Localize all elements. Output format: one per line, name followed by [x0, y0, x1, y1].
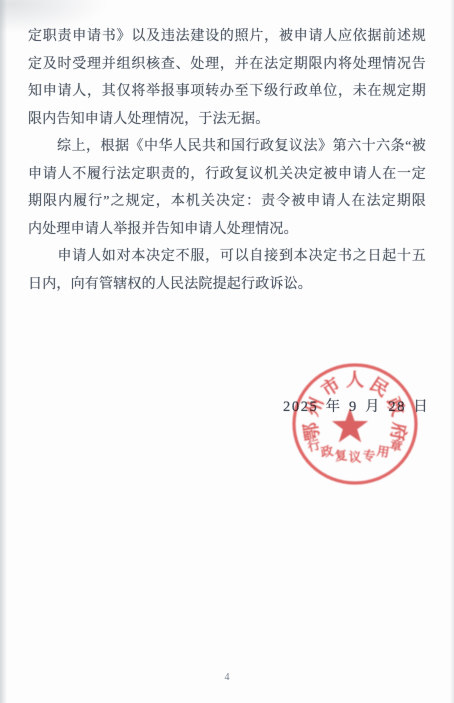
text-line: 综上，根据《中华人民共和国行政复议法》第六十六条“被: [28, 133, 426, 161]
svg-text:用: 用: [376, 444, 391, 460]
scan-edge-right: [450, 0, 454, 703]
page-number: 4: [0, 672, 454, 683]
text-line: 限内告知申请人处理情况，于法无据。: [28, 106, 426, 134]
svg-text:专: 专: [362, 447, 376, 463]
document-body: 定职责申请书》以及违法建设的照片，被申请人应依据前述规 定及时受理并组织核查、处…: [28, 23, 426, 298]
svg-text:人: 人: [346, 370, 364, 390]
seal-type-text: 行 政 复 议 专 用 章: [306, 437, 404, 465]
scan-edge-left: [0, 0, 7, 703]
official-seal: 鄂 州 市 人 民 政 府 行 政 复 议 专 用 章: [280, 352, 430, 492]
text-line: 知申请人，其仅将举报事项转办至下级行政单位，未在规定期: [28, 78, 426, 106]
text-line: 内处理申请人举报并告知申请人处理情况。: [28, 216, 426, 244]
svg-text:章: 章: [388, 437, 404, 455]
svg-text:政: 政: [383, 394, 409, 419]
svg-text:议: 议: [349, 450, 362, 465]
svg-text:州: 州: [302, 394, 327, 418]
text-line: 日内，向有管辖权的人民法院提起行政诉讼。: [28, 271, 426, 299]
svg-text:民: 民: [366, 374, 392, 401]
star-icon: [332, 408, 368, 442]
svg-text:复: 复: [334, 447, 348, 463]
text-line: 期限内履行”之规定，本机关决定：责令被申请人在法定期限: [28, 188, 426, 216]
svg-text:政: 政: [319, 443, 335, 460]
text-line: 申请人如对本决定不服，可以自接到本决定书之日起十五: [28, 243, 426, 271]
text-line: 申请人不履行法定职责的，行政复议机关决定被申请人在一定: [28, 161, 426, 189]
scan-corner-shadow: [0, 0, 180, 60]
svg-text:市: 市: [317, 373, 344, 400]
